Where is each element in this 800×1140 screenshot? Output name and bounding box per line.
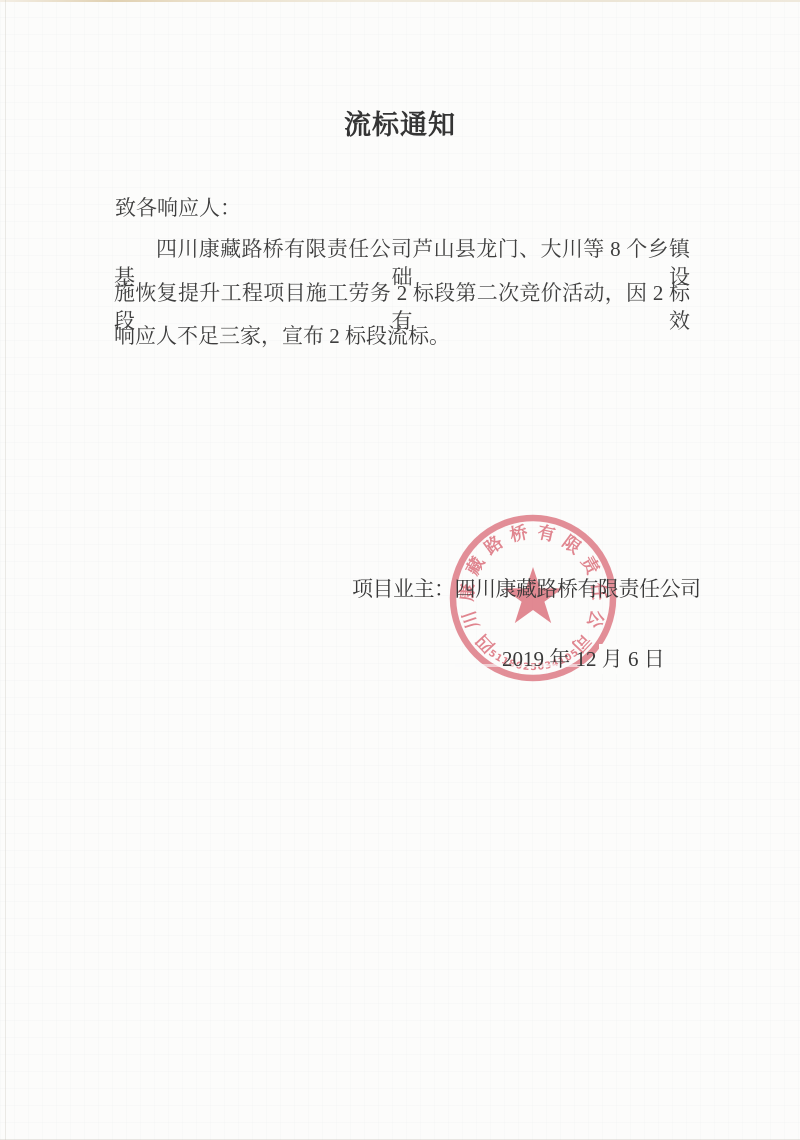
date-part-day-char: 日: [639, 647, 665, 671]
scanned-notice-page: 流标通知 致各响应人： 四川康藏路桥有限责任公司芦山县龙门、大川等 8 个乡镇基…: [0, 0, 800, 1140]
scan-edge-top-artifact: [0, 0, 800, 2]
signature-line: 项目业主：四川康藏路桥有限责任公司: [352, 573, 701, 603]
signature-company: 四川康藏路桥有限责任公司: [455, 577, 701, 601]
scan-edge-left-artifact: [5, 0, 6, 1140]
salutation-line: 致各响应人：: [115, 192, 241, 222]
date-part-day-number: 6: [628, 647, 639, 671]
date-part-year-month: 2019 年 12: [502, 647, 602, 671]
document-date: 2019 年 12 月 6 日: [481, 618, 665, 698]
document-title: 流标通知: [0, 103, 800, 142]
date-part-month-char: 月: [602, 647, 623, 671]
signature-label: 项目业主：: [352, 577, 455, 601]
body-line-3: 响应人不足三家，宣布 2 标段流标。: [114, 322, 690, 350]
